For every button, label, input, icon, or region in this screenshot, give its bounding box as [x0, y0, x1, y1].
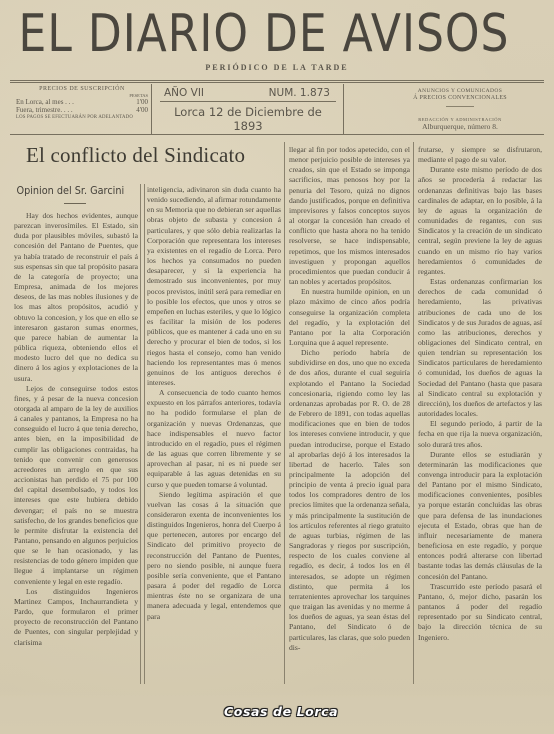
dateline: Lorca 12 de Diciembre de 1893: [160, 105, 336, 133]
subscription-row: En Lorca, al mes . . . 1'00: [16, 98, 148, 106]
paragraph: Los distinguidos Ingenieros Martinez Cam…: [14, 587, 138, 648]
paragraph: Siendo legítima aspiración el que vuelva…: [147, 490, 281, 622]
paragraph: Durante ellos se estudiarán y determinar…: [418, 450, 542, 582]
issue-box: AÑO VII NUM. 1.873 Lorca 12 de Diciembre…: [160, 86, 336, 133]
paragraph: Dicho período habría de subdividirse en …: [289, 348, 410, 653]
column-separator: [140, 184, 145, 684]
paragraph: inteligencia, adivinaron sin duda cuanto…: [147, 185, 281, 388]
subscription-label: En Lorca, al mes . . .: [16, 98, 74, 106]
header-rule-bottom: [10, 134, 544, 135]
subscription-row: Fuera, trimestre. . . . 4'00: [16, 106, 148, 114]
article-subhead: Opinion del Sr. Garcini: [14, 184, 127, 197]
paragraph: llegar al fin por todos apetecido, con e…: [289, 145, 410, 287]
paragraph: Durante este mismo período de dos años s…: [418, 165, 542, 277]
subscription-note: LOS PAGOS SE EFECTUARÁN POR ADELANTADO: [16, 115, 148, 120]
subhead-divider: [64, 203, 86, 204]
paragraph: Estas ordenanzas confirmarian los derech…: [418, 277, 542, 419]
article-column-4: frutarse, y siempre se disfrutaron, medi…: [418, 145, 542, 685]
ads-line-1: ANUNCIOS Y COMUNICADOS: [380, 88, 540, 95]
paragraph: A consecuencia de todo cuanto hemos expu…: [147, 388, 281, 490]
header-rule-top: [10, 80, 544, 81]
watermark: Cosas de Lorca: [224, 704, 338, 719]
paragraph: Lejos de conseguirse todos estos fines, …: [14, 384, 138, 587]
newspaper-title: EL DIARIO DE AVISOS: [19, 4, 510, 65]
article-column-3: llegar al fin por todos apetecido, con e…: [289, 145, 410, 685]
newspaper-subtitle: PERIÓDICO DE LA TARDE: [0, 63, 554, 72]
issue-number: NUM. 1.873: [269, 86, 330, 100]
subscription-title: PRECIOS DE SUSCRIPCIÓN: [16, 86, 148, 92]
article-headline: El conflicto del Sindicato: [26, 143, 245, 168]
subscription-box: PRECIOS DE SUSCRIPCIÓN PESETAS En Lorca,…: [16, 86, 148, 120]
paragraph: El segundo período, á partir de la fecha…: [418, 419, 542, 449]
column-separator: [284, 142, 285, 684]
masthead: EL DIARIO DE AVISOS: [0, 4, 554, 56]
ads-line-2: Á PRECIOS CONVENCIONALES: [380, 95, 540, 102]
paragraph: Trascurrido este período pasará el Panta…: [418, 582, 542, 643]
subscription-price: 1'00: [136, 98, 148, 106]
header-divider-left: [151, 84, 152, 134]
paragraph: En nuestra humilde opinion, en un plazo …: [289, 287, 410, 348]
paragraph: Hay dos hechos evidentes, aunque parezca…: [14, 211, 138, 384]
ads-divider: [446, 106, 474, 107]
subscription-price: 4'00: [136, 106, 148, 114]
office-address: Alburquerque, número 8.: [380, 122, 540, 132]
issue-year: AÑO VII: [164, 86, 204, 100]
article-column-1: Hay dos hechos evidentes, aunque parezca…: [14, 211, 138, 683]
article-column-2: inteligencia, adivinaron sin duda cuanto…: [147, 185, 281, 685]
ads-box: ANUNCIOS Y COMUNICADOS Á PRECIOS CONVENC…: [380, 88, 540, 132]
subscription-label: Fuera, trimestre. . . .: [16, 106, 73, 114]
newspaper-page: EL DIARIO DE AVISOS PERIÓDICO DE LA TARD…: [0, 0, 554, 734]
paragraph: frutarse, y siempre se disfrutaron, medi…: [418, 145, 542, 165]
column-separator: [413, 142, 414, 684]
header-rule-top-2: [10, 82, 544, 83]
header-divider-right: [343, 84, 344, 134]
